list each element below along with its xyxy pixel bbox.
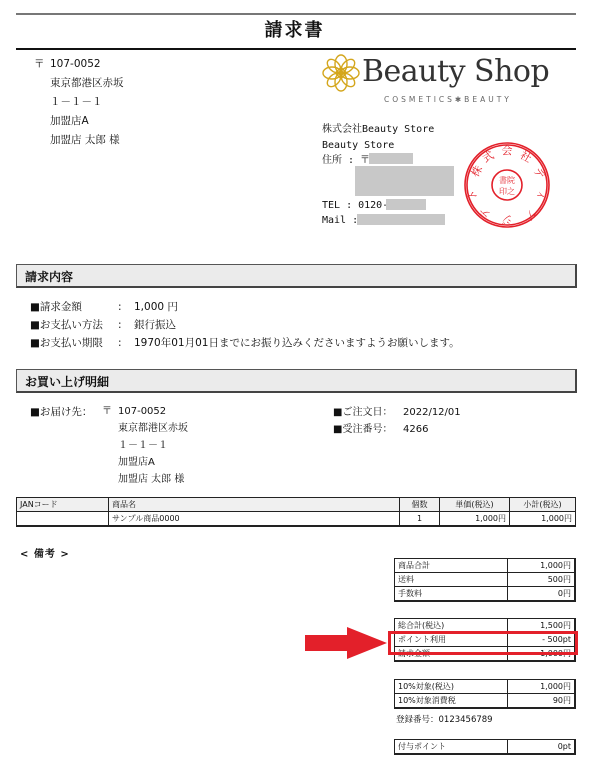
order-no: 4266 <box>403 424 428 435</box>
cell-unit-price: 1,000円 <box>440 512 510 527</box>
billing-label: ■お支払い期限 <box>30 335 118 352</box>
summary-row: 10%対象消費税90円 <box>395 694 576 709</box>
summary-row: 付与ポイント0pt <box>395 740 576 755</box>
summary-row: 送料500円 <box>395 573 576 587</box>
billing-row-deadline: ■お支払い期限:1970年01月01日までにお振り込みくださいますようお願いしま… <box>30 335 460 352</box>
section-header-billing: 請求内容 <box>16 264 577 288</box>
header-rule-bottom <box>16 48 576 50</box>
recipient-address1: 東京都港区赤坂 <box>50 74 124 93</box>
redacted-address <box>355 166 454 196</box>
recipient-block: 107-0052 東京都港区赤坂 １－１－１ 加盟店A 加盟店 太郎 様 <box>50 55 124 150</box>
redacted-postal <box>369 153 413 164</box>
col-qty: 個数 <box>400 498 440 512</box>
summary-row: 10%対象(税込)1,000円 <box>395 680 576 694</box>
order-date-row: ■ご注文日：2022/12/01 <box>333 404 461 421</box>
registration-number: 登録番号：0123456789 <box>396 713 493 725</box>
redacted-tel <box>386 199 426 210</box>
section-title: 請求内容 <box>25 268 73 285</box>
annotation-arrow-icon <box>303 625 389 661</box>
items-table: JANコード 商品名 個数 単価(税込) 小計(税込) サンプル商品0000 1… <box>16 497 576 527</box>
recipient-company: 加盟店A <box>50 112 124 131</box>
cell-subtotal: 1,000円 <box>510 512 576 527</box>
annotation-highlight-box <box>388 631 578 655</box>
billing-value: 銀行振込 <box>134 319 176 331</box>
order-no-label: ■受注番号： <box>333 421 403 438</box>
svg-text:書院: 書院 <box>499 175 515 185</box>
recipient-address2: １－１－１ <box>50 93 124 112</box>
col-subtotal: 小計(税込) <box>510 498 576 512</box>
delivery-label: ■お届け先： <box>30 404 92 421</box>
delivery-postal-code: 107-0052 <box>118 403 188 420</box>
issuer-company: 株式会社Beauty Store <box>322 122 434 138</box>
svg-text:会: 会 <box>502 143 513 157</box>
section-title: お買い上げ明細 <box>25 373 109 390</box>
delivery-address: 107-0052 東京都港区赤坂 １－１－１ 加盟店A 加盟店 太郎 様 <box>118 403 188 488</box>
billing-row-amount: ■請求金額:1,000 円 <box>30 299 178 316</box>
svg-text:印之: 印之 <box>499 186 515 196</box>
order-date-label: ■ご注文日： <box>333 404 403 421</box>
header-rule-top <box>16 13 576 15</box>
svg-text:テ: テ <box>476 205 493 222</box>
table-row: サンプル商品0000 1 1,000円 1,000円 <box>17 512 576 527</box>
document-title: 請求書 <box>0 16 589 42</box>
issuer-tel: TEL : 0120- <box>322 198 388 214</box>
delivery-address2: １－１－１ <box>118 437 188 454</box>
issuer-mail: Mail : <box>322 213 358 229</box>
svg-text:ト: ト <box>466 190 479 201</box>
issuer-name: Beauty Store <box>322 138 434 154</box>
svg-text:ジ: ジ <box>502 213 513 226</box>
company-seal-icon: 書院 印之 式 会 社 株 デ ィ ア ジ テ ト <box>462 140 552 230</box>
recipient-postal-mark: 〒 <box>34 55 45 74</box>
recipient-postal-code: 107-0052 <box>50 55 124 74</box>
col-jan: JANコード <box>17 498 109 512</box>
brand-logo: Beauty Shop COSMETICS✱BEAUTY <box>322 54 572 104</box>
flower-logo-icon <box>322 54 360 92</box>
billing-row-method: ■お支払い方法:銀行振込 <box>30 317 176 334</box>
summary-subtotals: 商品合計1,000円 送料500円 手数料0円 <box>394 558 576 602</box>
summary-row: 手数料0円 <box>395 587 576 602</box>
billing-label: ■請求金額 <box>30 299 118 316</box>
svg-text:ィ: ィ <box>535 190 548 201</box>
col-unit-price: 単価(税込) <box>440 498 510 512</box>
billing-label: ■お支払い方法 <box>30 317 118 334</box>
delivery-address1: 東京都港区赤坂 <box>118 420 188 437</box>
cell-qty: 1 <box>400 512 440 527</box>
delivery-company: 加盟店A <box>118 454 188 471</box>
billing-value: 1970年01月01日までにお振り込みくださいますようお願いします。 <box>134 337 460 349</box>
col-product: 商品名 <box>109 498 400 512</box>
delivery-name: 加盟店 太郎 様 <box>118 471 188 488</box>
summary-points-granted: 付与ポイント0pt <box>394 739 576 755</box>
brand-name: Beauty Shop <box>362 54 549 89</box>
order-no-row: ■受注番号：4266 <box>333 421 428 438</box>
cell-product: サンプル商品0000 <box>109 512 400 527</box>
redacted-mail <box>357 214 445 225</box>
cell-jan <box>17 512 109 527</box>
order-date: 2022/12/01 <box>403 407 461 418</box>
summary-tax: 10%対象(税込)1,000円 10%対象消費税90円 <box>394 679 576 709</box>
summary-row: 商品合計1,000円 <box>395 559 576 573</box>
brand-tagline: COSMETICS✱BEAUTY <box>384 95 512 104</box>
billing-value: 1,000 円 <box>134 301 178 313</box>
recipient-name: 加盟店 太郎 様 <box>50 131 124 150</box>
delivery-postal-mark: 〒 <box>102 403 112 420</box>
remarks-label: < 備考 > <box>20 545 70 560</box>
table-header-row: JANコード 商品名 個数 単価(税込) 小計(税込) <box>17 498 576 512</box>
section-header-purchase: お買い上げ明細 <box>16 369 577 393</box>
